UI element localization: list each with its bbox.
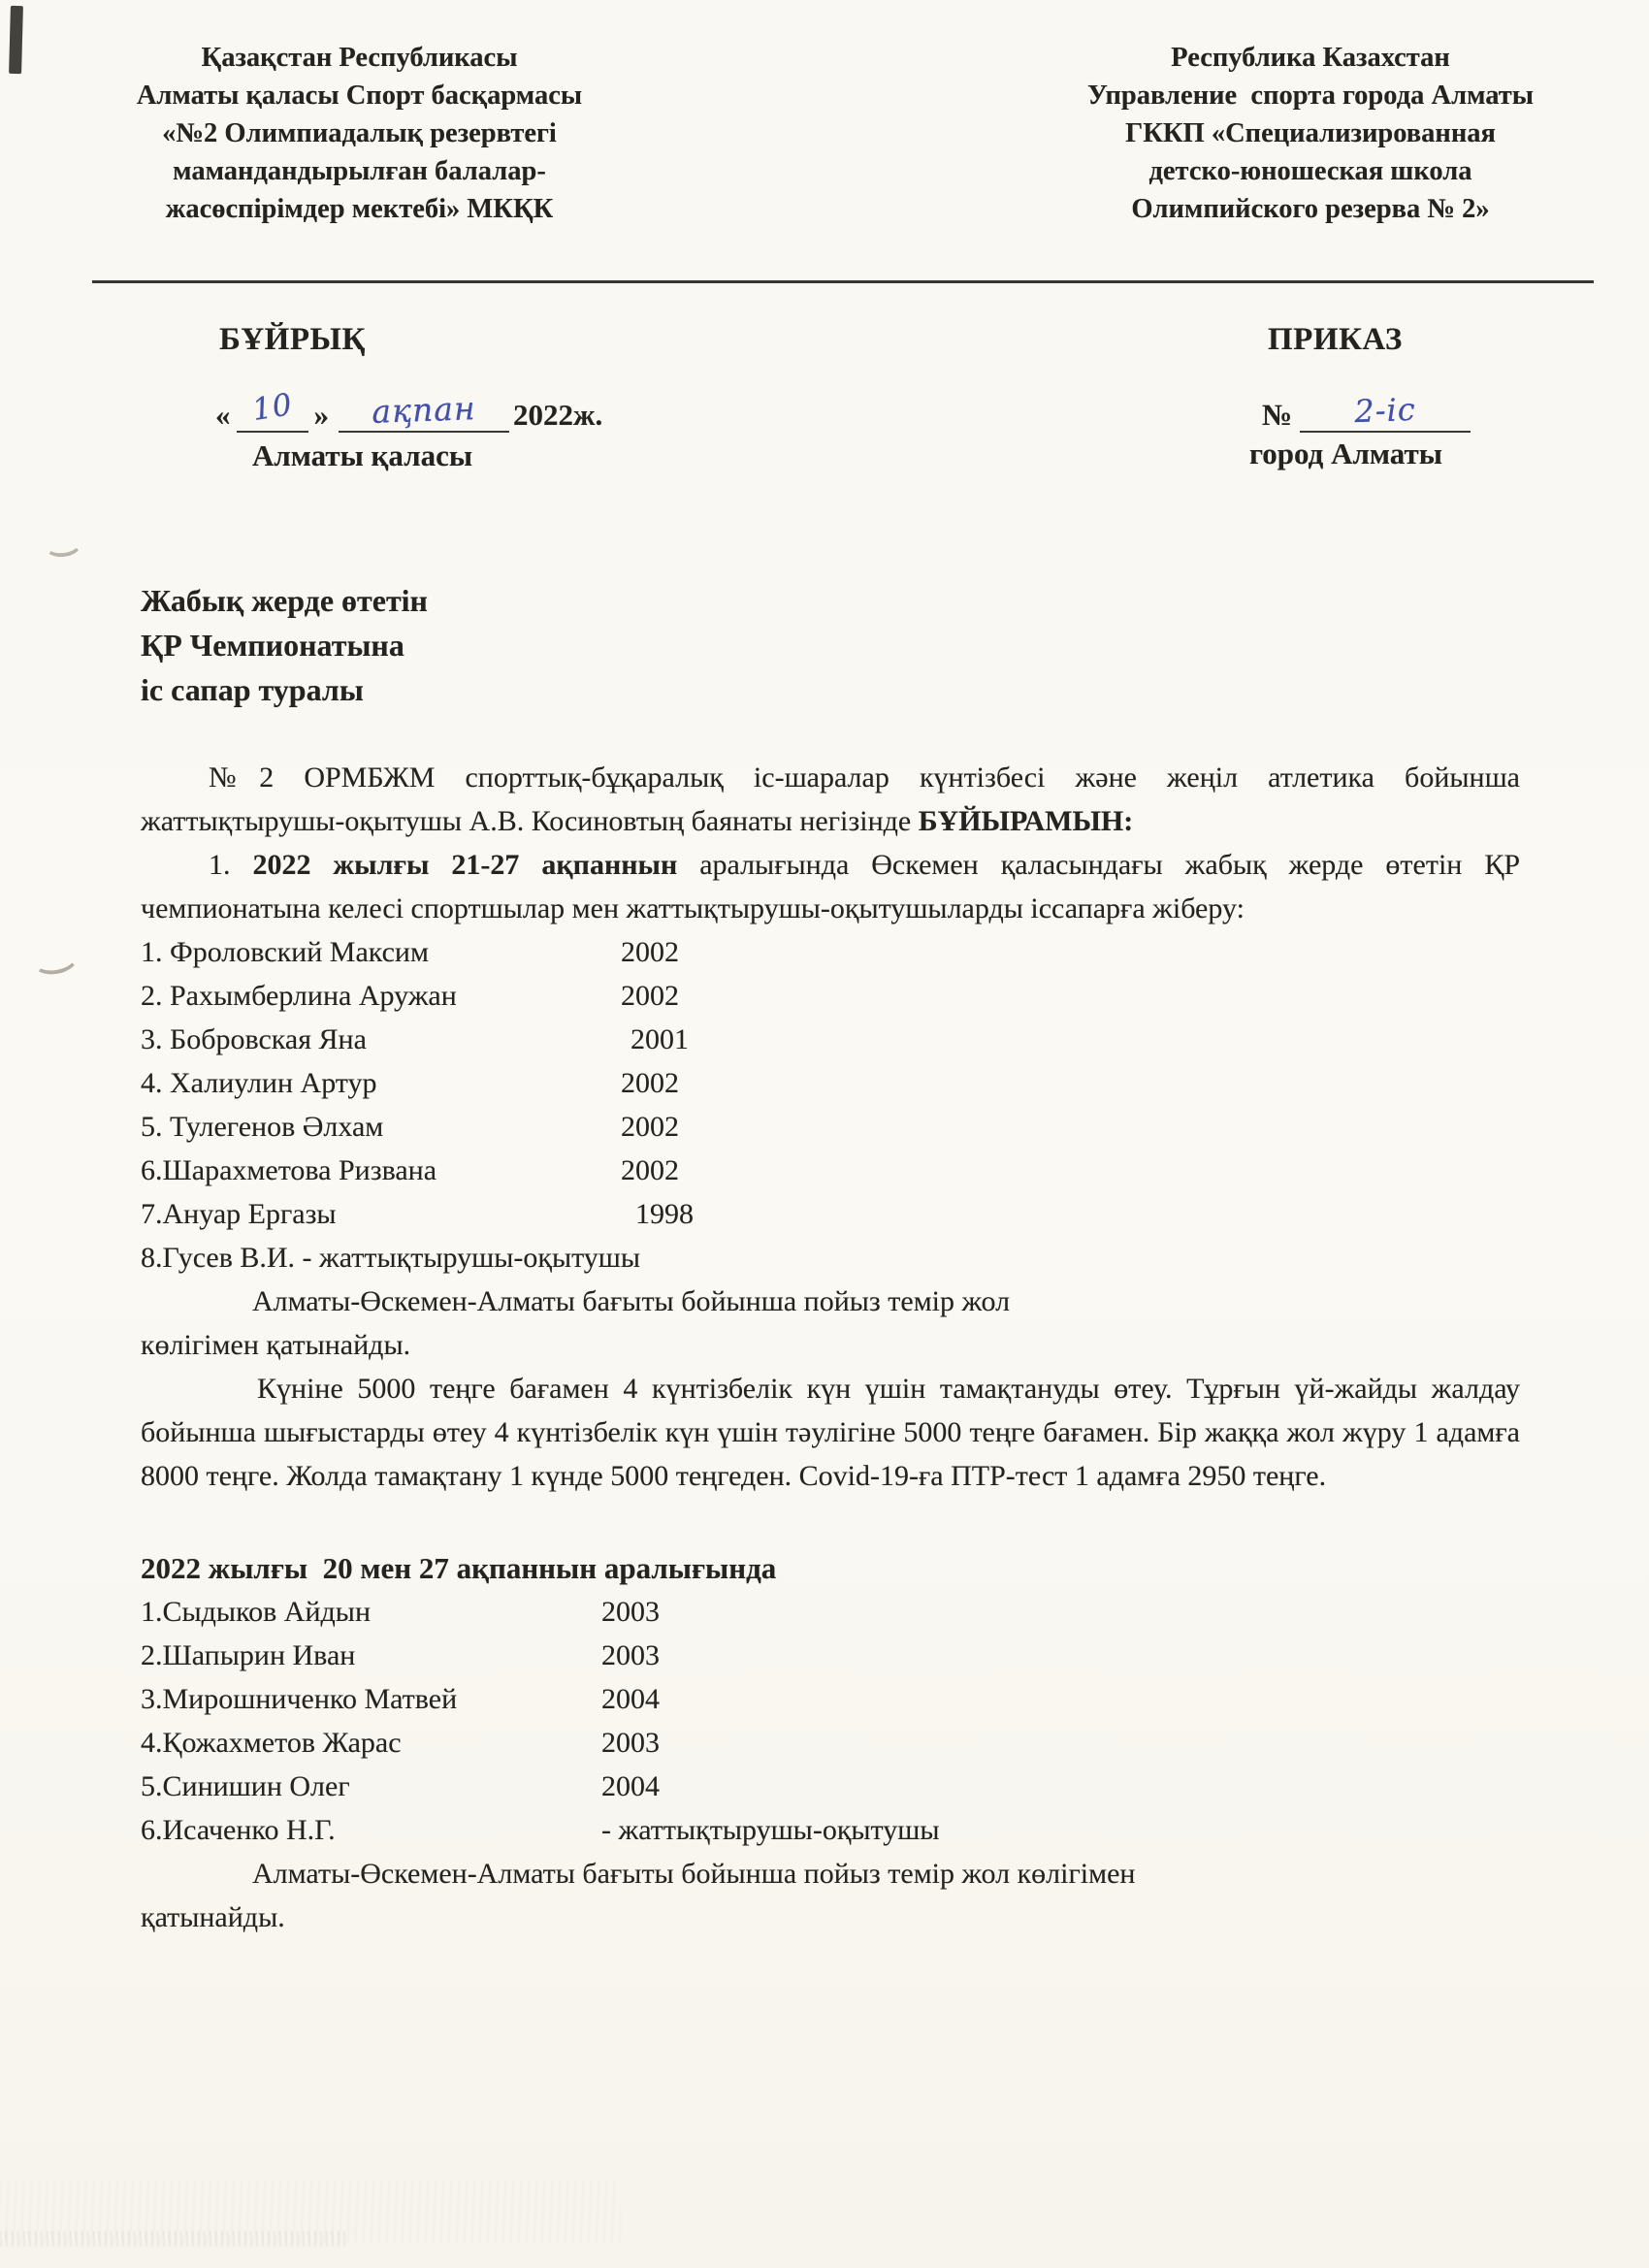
paragraph-expenses: Күніне 5000 теңге бағамен 4 күнтізбелік … [141, 1367, 1520, 1498]
athlete-year: 2004 [601, 1677, 660, 1721]
transport1-line: көлігімен қатынайды. [141, 1323, 1520, 1367]
org-line: мамандандырылған балалар- [85, 152, 633, 190]
athlete-row: 3. Бобровская Яна2001 [141, 1018, 1520, 1061]
scan-artifact-mark [9, 6, 23, 74]
org-line: детско-юношеская школа [1038, 152, 1583, 190]
athlete-name: 6.Шарахметова Ризвана [141, 1154, 436, 1186]
athlete-row: 4.Қожахметов Жарас2003 [141, 1721, 1520, 1765]
subject-line: ҚР Чемпионатына [141, 623, 428, 667]
close-quote: » [314, 398, 330, 432]
athlete-row: 3.Мирошниченко Матвей2004 [141, 1677, 1520, 1721]
athlete-row: 4. Халиулин Артур2002 [141, 1061, 1520, 1105]
order-subject: Жабық жерде өтетін ҚР Чемпионатына іс са… [141, 578, 428, 712]
athlete-row: 5. Тулегенов Әлхам2002 [141, 1105, 1520, 1149]
athlete-name: 6.Исаченко Н.Г. [141, 1814, 336, 1846]
athlete-row: 6.Исаченко Н.Г.- жаттықтырушы-оқытушы [141, 1808, 1520, 1852]
order-year: 2022ж. [513, 398, 602, 432]
scan-smudge [44, 532, 83, 559]
handwritten-day: 10 [234, 384, 310, 430]
org-line: Республика Казахстан [1038, 39, 1583, 77]
intro-text: №2 ОРМБЖМ спорттық-бұқаралық іс-шаралар … [141, 761, 1520, 837]
org-line: «№2 Олимпиадалық резервтегі [85, 114, 633, 152]
header-divider [92, 280, 1594, 283]
order-number-line: №2-іс [1262, 392, 1471, 433]
athlete-year: 2002 [621, 1061, 679, 1105]
day-blank: 10 [237, 392, 308, 433]
athlete-year: 2003 [601, 1721, 660, 1765]
order-number-label: № [1262, 398, 1292, 432]
month-blank: ақпан [339, 392, 509, 433]
athlete-name: 2.Шапырин Иван [141, 1639, 355, 1671]
item1-number: 1. [209, 849, 252, 881]
athlete-year: 2002 [621, 930, 679, 974]
athlete-year: 2002 [621, 1149, 679, 1192]
subject-line: Жабық жерде өтетін [141, 578, 428, 623]
athlete-name: 1.Сыдыков Айдын [141, 1596, 371, 1628]
athlete-list-2: 1.Сыдыков Айдын2003 2.Шапырин Иван2003 3… [141, 1590, 1520, 1852]
order-place-russian: город Алматы [1249, 437, 1442, 471]
athlete-name: 7.Ануар Ергазы [141, 1198, 337, 1230]
athlete-name: 4. Халиулин Артур [141, 1067, 377, 1099]
order-place-kazakh: Алматы қаласы [252, 438, 472, 473]
athlete-row: 2.Шапырин Иван2003 [141, 1634, 1520, 1677]
athlete-year: 2002 [621, 974, 679, 1018]
athlete-name: 8.Гусев В.И. - жаттықтырушы-оқытушы [141, 1242, 640, 1274]
handwritten-month: ақпан [338, 388, 509, 432]
org-line: Алматы қаласы Спорт басқармасы [85, 77, 633, 114]
org-line: ГККП «Специализированная [1038, 114, 1583, 152]
org-line: Қазақстан Республикасы [85, 39, 633, 77]
order-body: №2 ОРМБЖМ спорттық-бұқаралық іс-шаралар … [141, 756, 1520, 1939]
athlete-row: 2. Рахымберлина Аружан2002 [141, 974, 1520, 1018]
athlete-row: 5.Синишин Олег2004 [141, 1765, 1520, 1808]
athlete-year: 2003 [601, 1590, 660, 1634]
athlete-name: 3. Бобровская Яна [141, 1023, 367, 1055]
athlete-name: 5.Синишин Олег [141, 1770, 350, 1802]
transport2-line: қатынайды. [141, 1895, 1520, 1939]
org-name-kazakh: Қазақстан Республикасы Алматы қаласы Спо… [85, 39, 633, 228]
order-title-kazakh: БҰЙРЫҚ [219, 322, 366, 358]
athlete-year: 1998 [635, 1192, 694, 1236]
open-quote: « [215, 398, 231, 432]
athlete-name: 1. Фроловский Максим [141, 936, 429, 968]
transport2-line: Алматы-Өскемен-Алматы бағыты бойынша пой… [141, 1852, 1520, 1895]
athlete-year: 2002 [621, 1105, 679, 1149]
org-line: Управление спорта города Алматы [1038, 77, 1583, 114]
paragraph-item-1: 1. 2022 жылғы 21-27 ақпаннын аралығында … [141, 843, 1520, 930]
order-date-line: «10»ақпан2022ж. [215, 392, 602, 433]
athlete-name: 3.Мирошниченко Матвей [141, 1683, 457, 1715]
org-name-russian: Республика Казахстан Управление спорта г… [1038, 39, 1583, 228]
athlete-year: 2001 [630, 1018, 689, 1061]
athlete-row: 1.Сыдыков Айдын2003 [141, 1590, 1520, 1634]
athlete-name: 5. Тулегенов Әлхам [141, 1111, 383, 1143]
order-title-russian: ПРИКАЗ [1268, 322, 1403, 358]
document-page: Қазақстан Республикасы Алматы қаласы Спо… [0, 0, 1649, 2268]
athlete-name: 2. Рахымберлина Аружан [141, 980, 457, 1012]
athlete-list-1: 1. Фроловский Максим2002 2. Рахымберлина… [141, 930, 1520, 1280]
athlete-year: 2004 [601, 1765, 660, 1808]
athlete-row: 8.Гусев В.И. - жаттықтырушы-оқытушы [141, 1236, 1520, 1280]
trainer-label: - жаттықтырушы-оқытушы [601, 1808, 940, 1852]
athlete-year: 2003 [601, 1634, 660, 1677]
org-line: жасөспірімдер мектебі» МКҚК [85, 190, 633, 228]
subject-line: іс сапар туралы [141, 667, 428, 712]
scan-smudge [31, 943, 80, 978]
handwritten-order-number: 2-іс [1300, 389, 1471, 432]
scan-noise [0, 2231, 349, 2247]
athlete-name: 4.Қожахметов Жарас [141, 1727, 402, 1759]
paragraph-transport-2: Алматы-Өскемен-Алматы бағыты бойынша пой… [141, 1852, 1520, 1939]
item1-dates: 2022 жылғы 21-27 ақпаннын [252, 849, 677, 881]
transport1-line: Алматы-Өскемен-Алматы бағыты бойынша пой… [141, 1280, 1520, 1323]
athlete-row: 6.Шарахметова Ризвана2002 [141, 1149, 1520, 1192]
number-blank: 2-іс [1300, 392, 1471, 433]
athlete-row: 7.Ануар Ергазы1998 [141, 1192, 1520, 1236]
section-heading-2: 2022 жылғы 20 мен 27 ақпаннын аралығында [141, 1546, 1520, 1590]
athlete-row: 1. Фроловский Максим2002 [141, 930, 1520, 974]
paragraph-intro: №2 ОРМБЖМ спорттық-бұқаралық іс-шаралар … [141, 756, 1520, 843]
paragraph-transport-1: Алматы-Өскемен-Алматы бағыты бойынша пой… [141, 1280, 1520, 1367]
intro-resolve-word: БҰЙЫРАМЫН: [919, 805, 1134, 837]
org-line: Олимпийского резерва № 2» [1038, 190, 1583, 228]
